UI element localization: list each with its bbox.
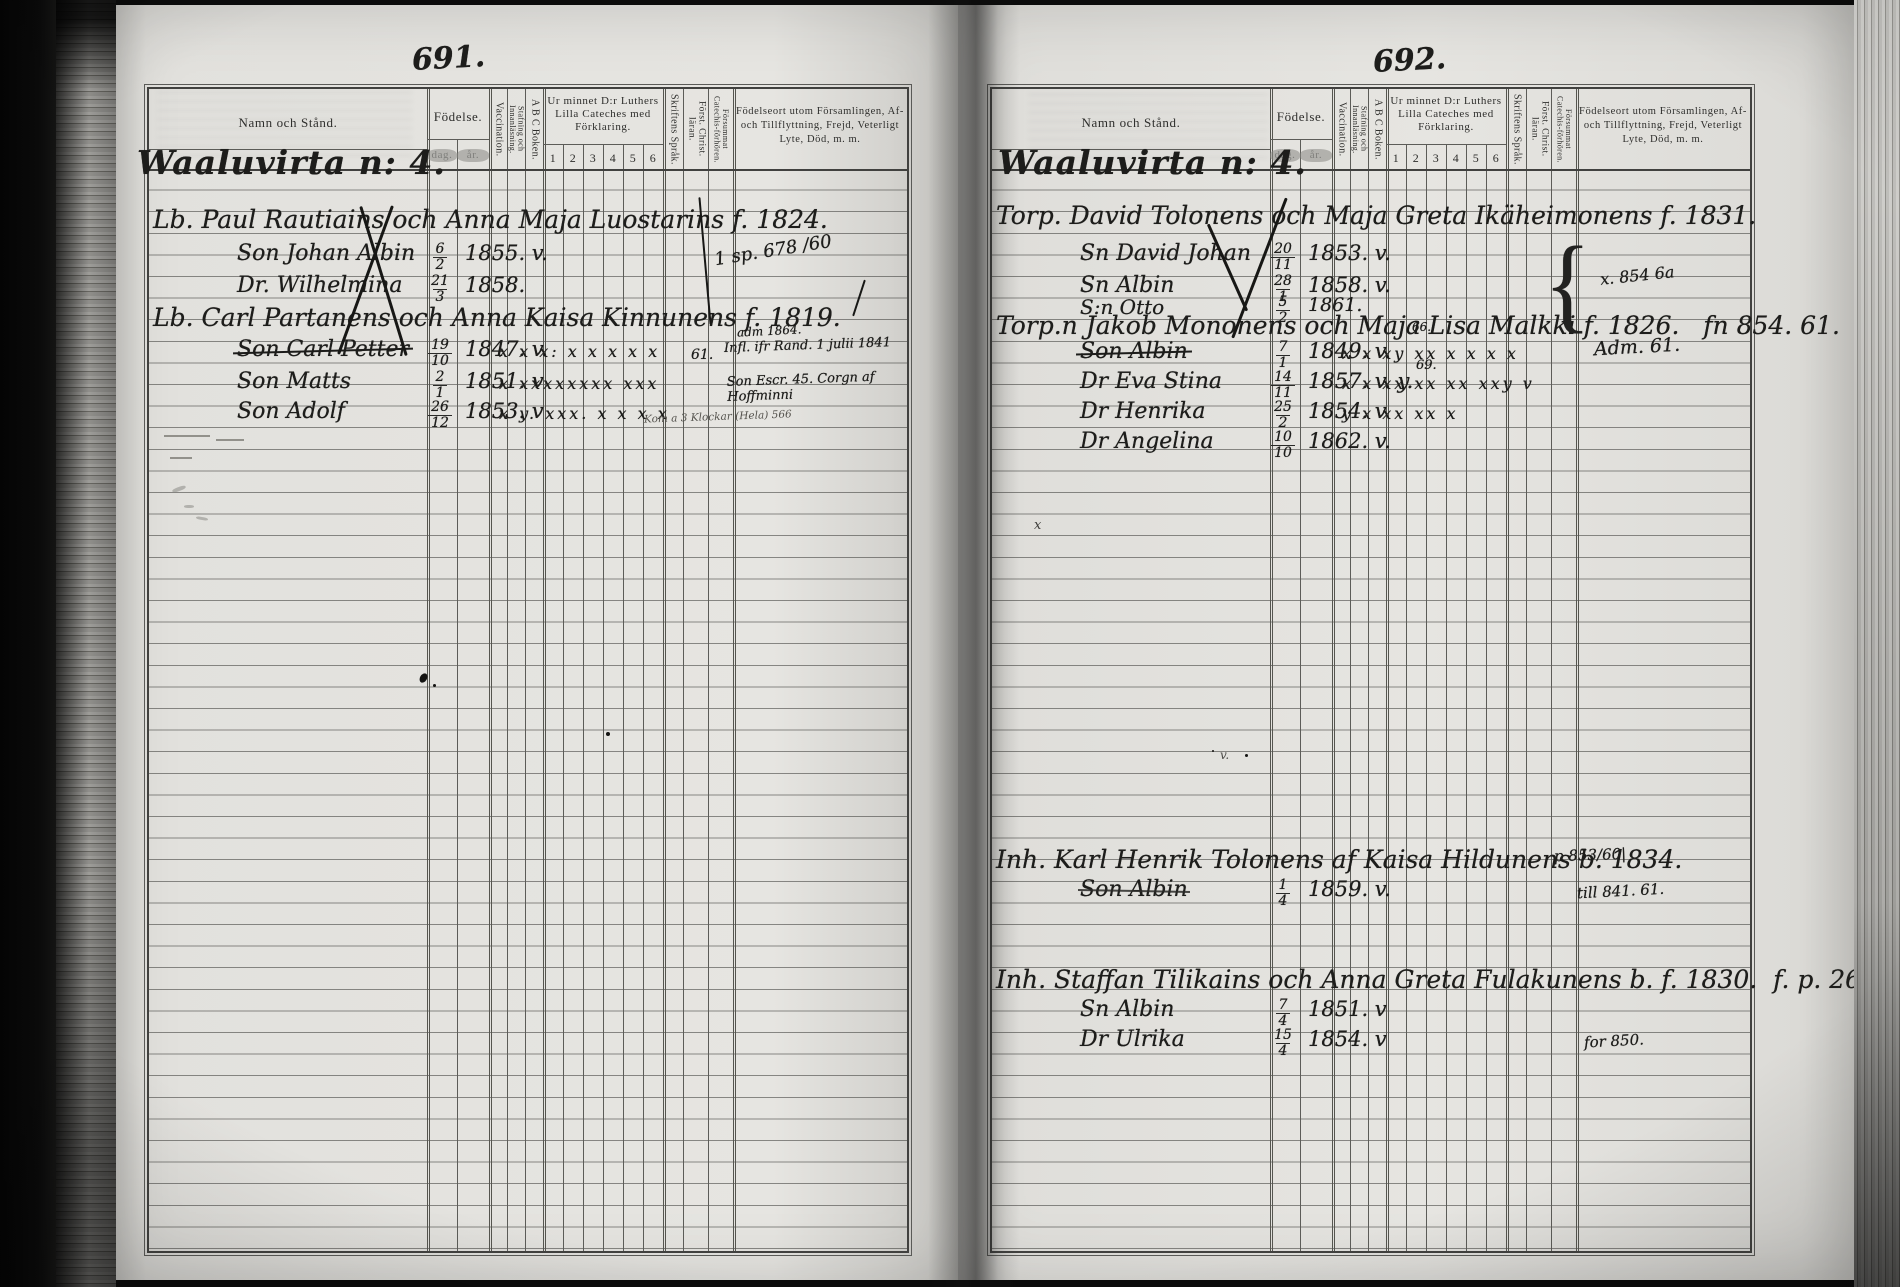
catechism-col-3: 3 bbox=[1426, 151, 1446, 165]
book-scan: 691. Namn och Stånd. bbox=[0, 0, 1900, 1287]
column-header-missed-catechism: Försummat Catechis-förhören. bbox=[1555, 91, 1572, 167]
page-left: 691. Namn och Stånd. bbox=[112, 5, 960, 1280]
pencil-dash bbox=[170, 457, 192, 459]
birth-day-denominator: 2 bbox=[433, 257, 448, 272]
column-header-birth: Födelse. bbox=[427, 109, 489, 125]
margin-note: 66. bbox=[1412, 321, 1431, 335]
column-header-name: Namn och Stånd. bbox=[992, 115, 1270, 131]
column-line bbox=[663, 89, 666, 1251]
birth-day-numerator: 25 bbox=[1274, 400, 1292, 414]
entry-birth-day: 1010 bbox=[1260, 430, 1306, 460]
entry-name: Dr Henrika bbox=[1080, 399, 1206, 424]
entry-name: Son Adolf bbox=[237, 399, 345, 424]
margin-note: Son Escr. 45. Corgn af Hoffminni bbox=[727, 370, 893, 406]
column-header-spelling: Stafning och Innanläsning. bbox=[1351, 91, 1368, 167]
birth-day-denominator: 11 bbox=[1271, 257, 1295, 272]
birth-day-numerator: 6 bbox=[436, 242, 445, 256]
birth-day-denominator: 11 bbox=[1271, 385, 1295, 400]
village-heading: Waaluvirta n: 4. bbox=[998, 143, 1307, 182]
column-header-missed-catechism: Försummat Catechis-förhören. bbox=[712, 91, 729, 167]
entry-birth-year: 1853. v. bbox=[1308, 241, 1391, 265]
column-line bbox=[683, 89, 684, 1251]
entry-family-head: Torp. David Tolonens och Maja Greta Ikäh… bbox=[996, 201, 1756, 230]
birth-day-denominator: 1 bbox=[433, 385, 448, 400]
birth-day-denominator: 4 bbox=[1276, 893, 1291, 908]
column-header-name: Namn och Stånd. bbox=[149, 115, 427, 131]
entry-birth-year: 1862. v. bbox=[1308, 429, 1391, 453]
birth-day-denominator: 10 bbox=[1271, 445, 1295, 460]
catechism-col-4: 4 bbox=[603, 151, 623, 165]
birth-day-numerator: 10 bbox=[1274, 430, 1292, 444]
catechism-col-6: 6 bbox=[1486, 151, 1506, 165]
catechism-col-3: 3 bbox=[583, 151, 603, 165]
birth-day-numerator: 20 bbox=[1274, 242, 1292, 256]
column-header-scripture: Skriftens Språk. bbox=[668, 94, 679, 165]
entry-name: Dr Ulrika bbox=[1080, 1027, 1185, 1052]
entry-name: Dr. Wilhelmina bbox=[237, 273, 402, 298]
entry-birth-day: 154 bbox=[1260, 1028, 1306, 1058]
entry-birth-day: 71 bbox=[1260, 340, 1306, 370]
birth-day-denominator: 1 bbox=[1276, 355, 1291, 370]
catechism-marks: x x x: x x x x x bbox=[499, 342, 660, 361]
catechism-col-2: 2 bbox=[1406, 151, 1426, 165]
entry-birth-year: 1855. v. bbox=[465, 241, 548, 265]
stray-mark: x bbox=[1034, 519, 1041, 534]
pencil-dash bbox=[164, 435, 210, 437]
entry-family-head: Lb. Paul Rautiains och Anna Maja Luostar… bbox=[153, 205, 828, 234]
page-right: 692. Namn och Stånd. Födelse. dag bbox=[958, 5, 1856, 1280]
catechism-marks: x x xx xx xx xxy v bbox=[1342, 374, 1535, 393]
stray-mark: v. bbox=[1220, 749, 1229, 763]
column-header-spelling: Stafning och Innanläsning. bbox=[508, 91, 525, 167]
entry-birth-day: 213 bbox=[417, 274, 463, 304]
birth-day-denominator: 4 bbox=[1276, 1013, 1291, 1028]
birth-day-numerator: 5 bbox=[1279, 295, 1288, 309]
column-header-notes: Födelseort utom Församlingen, Af- och Ti… bbox=[735, 105, 905, 148]
column-header-notes: Födelseort utom Församlingen, Af- och Ti… bbox=[1578, 105, 1748, 148]
entry-birth-day: 1411 bbox=[1260, 370, 1306, 400]
entry-birth-day: 74 bbox=[1260, 998, 1306, 1028]
margin-note: 61. bbox=[691, 347, 713, 363]
entry-name: Son Carl Petter bbox=[237, 337, 409, 362]
entry-birth-year: 1851. v bbox=[1308, 997, 1387, 1021]
ink-blot bbox=[606, 732, 610, 736]
birth-day-denominator: 10 bbox=[428, 353, 452, 368]
column-header-abc-book: A B C Boken. bbox=[1372, 99, 1383, 160]
column-header-scripture: Skriftens Språk. bbox=[1511, 94, 1522, 165]
column-line bbox=[1526, 89, 1527, 1251]
village-heading: Waaluvirta n: 4. bbox=[137, 143, 446, 182]
birth-day-numerator: 28 bbox=[1274, 274, 1292, 288]
birth-day-numerator: 7 bbox=[1279, 340, 1288, 354]
ink-blot bbox=[433, 684, 436, 687]
pencil-dash bbox=[216, 439, 244, 441]
entry-family-head: Inh. Staffan Tilikains och Anna Greta Fu… bbox=[996, 965, 1900, 994]
entry-birth-year: 1858. bbox=[465, 273, 525, 297]
smudge bbox=[184, 505, 194, 508]
column-header-birth: Födelse. bbox=[1270, 109, 1332, 125]
birth-day-numerator: 21 bbox=[431, 274, 449, 288]
entry-birth-year: 1859. v. bbox=[1308, 877, 1391, 901]
entry-name: Son Albin bbox=[1080, 877, 1188, 902]
entry-name: Son Johan Albin bbox=[237, 241, 415, 266]
catechism-col-1: 1 bbox=[1386, 151, 1406, 165]
birth-day-numerator: 14 bbox=[1274, 370, 1292, 384]
margin-note: Adm. 61. bbox=[1593, 335, 1680, 361]
column-header-birth-year: år. bbox=[457, 149, 489, 162]
entry-birth-year: 1854. v bbox=[1308, 1027, 1387, 1051]
margin-brace: { bbox=[1544, 225, 1591, 346]
catechism-col-4: 4 bbox=[1446, 151, 1466, 165]
catechism-col-1: 1 bbox=[543, 151, 563, 165]
header-subline bbox=[1386, 144, 1506, 145]
column-line bbox=[1506, 89, 1509, 1251]
page-edges-right bbox=[1854, 0, 1900, 1287]
catechism-marks: y x xx xx x bbox=[1342, 404, 1459, 423]
birth-day-numerator: 2 bbox=[436, 370, 445, 384]
birth-day-denominator: 4 bbox=[1276, 1043, 1291, 1058]
column-header-vaccination: Vaccination. bbox=[493, 102, 504, 157]
header-subline bbox=[427, 139, 489, 140]
catechism-marks: x xxxxxxxx xxx bbox=[499, 374, 659, 393]
column-header-christianity: Först. Christ. läran. bbox=[1529, 91, 1549, 167]
catechism-col-5: 5 bbox=[623, 151, 643, 165]
entry-birth-day: 14 bbox=[1260, 878, 1306, 908]
entry-birth-day: 1910 bbox=[417, 338, 463, 368]
birth-day-numerator: 26 bbox=[431, 400, 449, 414]
page-number: 691. bbox=[411, 39, 486, 78]
header-subline bbox=[543, 144, 663, 145]
birth-day-numerator: 19 bbox=[431, 338, 449, 352]
catechism-col-6: 6 bbox=[643, 151, 663, 165]
birth-day-numerator: 1 bbox=[1279, 878, 1288, 892]
catechism-col-2: 2 bbox=[563, 151, 583, 165]
birth-day-denominator: 12 bbox=[428, 415, 452, 430]
birth-day-numerator: 15 bbox=[1274, 1028, 1292, 1042]
register-table-left: Namn och Stånd. Födelse. dag. år. Vaccin… bbox=[147, 87, 909, 1253]
birth-day-denominator: 3 bbox=[433, 289, 448, 304]
page-number: 692. bbox=[1372, 41, 1447, 80]
column-header-vaccination: Vaccination. bbox=[1336, 102, 1347, 157]
birth-day-numerator: 7 bbox=[1279, 998, 1288, 1012]
column-header-christianity: Först. Christ. läran. bbox=[686, 91, 706, 167]
margin-note: 69. bbox=[1416, 359, 1437, 374]
entry-name: Sn Albin bbox=[1080, 997, 1174, 1022]
column-header-abc-book: A B C Boken. bbox=[529, 99, 540, 160]
entry-birth-day: 62 bbox=[417, 242, 463, 272]
header-subline bbox=[1270, 139, 1332, 140]
ink-blot bbox=[1212, 750, 1214, 752]
entry-name: Dr Eva Stina bbox=[1080, 369, 1222, 394]
column-header-catechism: Ur minnet D:r Luthers Lilla Cateches med… bbox=[545, 95, 661, 135]
birth-day-denominator: 2 bbox=[1276, 415, 1291, 430]
page-edges-left bbox=[56, 0, 116, 1287]
entry-name: Dr Angelina bbox=[1080, 429, 1214, 454]
column-line bbox=[708, 89, 709, 1251]
margin-note: p 853/60| bbox=[1554, 846, 1627, 866]
ink-blot bbox=[1245, 754, 1248, 757]
entry-name: Son Matts bbox=[237, 369, 351, 394]
margin-note: for 850. bbox=[1584, 1031, 1645, 1051]
entry-birth-day: 2612 bbox=[417, 400, 463, 430]
entry-birth-day: 21 bbox=[417, 370, 463, 400]
catechism-col-5: 5 bbox=[1466, 151, 1486, 165]
register-table-right: Namn och Stånd. Födelse. dag. år. Vaccin… bbox=[990, 87, 1752, 1253]
column-header-catechism: Ur minnet D:r Luthers Lilla Cateches med… bbox=[1388, 95, 1504, 135]
entry-birth-day: 252 bbox=[1260, 400, 1306, 430]
entry-name: Son Albin bbox=[1080, 339, 1188, 364]
